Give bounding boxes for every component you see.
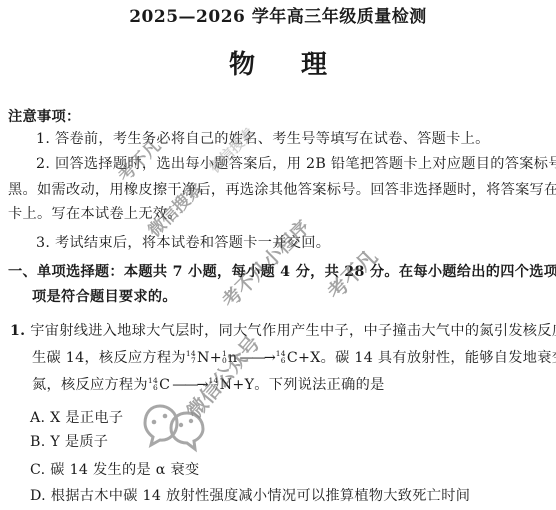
note-item-2: 2. 回答选择题时，选出每小题答案后，用 2B 铅笔把答题卡上对应题目的答案标号…	[36, 155, 556, 173]
question-number: 1.	[10, 323, 25, 339]
notes-heading: 注意事项：	[8, 108, 80, 126]
option-d[interactable]: D. 根据古木中碳 14 放射性强度减小情况可以推算植物大致死亡时间	[30, 487, 470, 505]
question-text-line1: 宇宙射线进入地球大气层时，同大气作用产生中子，中子撞击大气中的氮引发核反应产	[30, 323, 556, 339]
question-text-line2-prefix: 生碳 14，核反应方程为	[32, 350, 186, 366]
subject-char-1: 物	[229, 48, 255, 82]
subject-char-2: 理	[301, 48, 327, 82]
wechat-logo-icon	[143, 403, 213, 459]
option-b[interactable]: B. Y 是质子	[30, 433, 108, 451]
section-heading-cont: 项是符合题目要求的。	[32, 288, 177, 306]
question-text-line3-suffix: 。下列说法正确的是	[254, 377, 384, 393]
exam-title: 2025—2026 学年高三年级质量检测	[0, 6, 556, 28]
note-item-1: 1. 答卷前，考生务必将自己的姓名、考生号等填写在试卷、答题卡上。	[36, 130, 490, 148]
note-item-2-cont2: 卡上。写在本试卷上无效。	[8, 205, 182, 223]
subject-title: 物理	[0, 48, 556, 82]
equation-1: 147N+10n——→146C+X	[186, 350, 321, 366]
question-text-line3-prefix: 氮，核反应方程为	[32, 377, 148, 393]
note-item-2-cont: 黑。如需改动，用橡皮擦干净后，再选涂其他答案标号。回答非选择题时，将答案写在答题	[8, 181, 556, 199]
question-text-line2-suffix: 。碳 14 具有放射性，能够自发地衰变而变成	[321, 350, 556, 366]
equation-2: 146C——→147N+Y	[148, 377, 254, 393]
note-item-3: 3. 考试结束后，将本试卷和答题卡一并交回。	[36, 234, 330, 252]
arrow-icon: ——→	[172, 376, 206, 394]
arrow-icon: ——→	[239, 349, 273, 367]
option-a[interactable]: A. X 是正电子	[30, 409, 123, 427]
section-heading: 一、单项选择题：本题共 7 小题，每小题 4 分，共 28 分。在每小题给出的四…	[8, 263, 556, 281]
option-c[interactable]: C. 碳 14 发生的是 α 衰变	[30, 461, 199, 479]
